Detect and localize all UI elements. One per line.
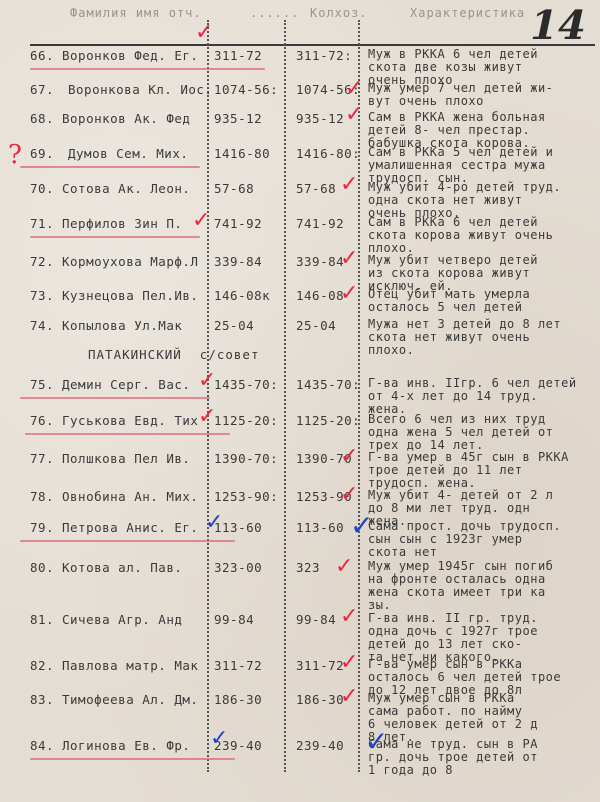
person-name: Перфилов Зин П. [62,216,182,231]
red-underline [20,166,200,168]
column-divider [207,20,209,772]
amount-1: 311-72 [214,658,262,673]
red-checkmark-icon: ✓ [195,22,213,44]
red-checkmark-icon: ✓ [340,174,358,196]
red-checkmark-icon: ✓ [340,686,358,708]
amount-2: 935-12 [296,111,344,126]
row-number: 79. [30,520,54,535]
person-name: Копылова Ул.Мак [62,318,182,333]
red-checkmark-icon: ✓ [198,406,216,428]
document-page: Фамилия имя отч. ...... Колхоз. Характер… [0,0,600,802]
amount-1: 57-68 [214,181,254,196]
red-underline [20,540,235,542]
amount-1: 311-72 [214,48,262,63]
header-col-kolkhoz: Колхоз. [310,6,368,20]
red-underline [30,68,265,70]
red-checkmark-icon: ✓ [345,78,363,100]
row-number: 77. [30,451,54,466]
row-number: 68. [30,111,54,126]
row-number: 83. [30,692,54,707]
header-col-name: Фамилия имя отч. [70,6,202,20]
row-number: 71. [30,216,54,231]
amount-2: 1125-20: [296,413,360,428]
characteristic: Мужа нет 3 детей до 8 лет скота нет живу… [368,318,593,357]
amount-2: 741-92 [296,216,344,231]
amount-2: 99-84 [296,612,336,627]
amount-2: 57-68 [296,181,336,196]
header-col-description: Характеристика [410,6,525,20]
row-number: 74. [30,318,54,333]
amount-1: 1390-70: [214,451,278,466]
red-checkmark-icon: ✓ [340,446,358,468]
red-underline [30,758,235,760]
characteristic: Г-ва инв. IIгр. 6 чел детей от 4-х лет д… [368,377,593,416]
person-name: Сичева Агр. Анд [62,612,182,627]
amount-1: 186-30 [214,692,262,707]
red-underline [20,397,210,399]
person-name: Тимофеева Ал. Дм. [62,692,198,707]
person-name: Кузнецова Пел.Ив. [62,288,198,303]
red-checkmark-icon: ✓ [340,283,358,305]
amount-2: 25-04 [296,318,336,333]
blue-checkmark-icon: ✓ [205,512,223,534]
amount-1: 935-12 [214,111,262,126]
row-number: 80. [30,560,54,575]
red-checkmark-icon: ✓ [335,556,353,578]
red-checkmark-icon: ✓ [340,248,358,270]
characteristic: Сам в РККа 6 чел детей скота корова живу… [368,216,593,255]
person-name: Демин Серг. Вас. [62,377,190,392]
amount-1: 323-00 [214,560,262,575]
blue-checkmark-icon: ✓ [210,728,228,750]
red-underline [30,236,200,238]
amount-2: 186-30 [296,692,344,707]
amount-1: 1253-90: [214,489,278,504]
header-col-amount: ...... [250,6,299,20]
amount-2: 323 [296,560,320,575]
row-number: 67. [30,82,54,97]
amount-1: 741-92 [214,216,262,231]
characteristic: Всего 6 чел из них труд одна жена 5 чел … [368,413,593,452]
red-checkmark-icon: ✓ [340,606,358,628]
characteristic: Муж умер 1945г сын погиб на фронте остал… [368,560,593,612]
row-number: 66. [30,48,54,63]
person-name: Петрова Анис. Ег. [62,520,198,535]
amount-1: 99-84 [214,612,254,627]
row-number: 72. [30,254,54,269]
amount-2: 1416-80: [296,146,360,161]
row-number: 69. [30,146,54,161]
person-name: Полшкова Пел Ив. [62,451,190,466]
amount-1: 1416-80 [214,146,270,161]
characteristic: Муж умер 7 чел детей жи- вут очень плохо [368,82,593,108]
row-number: 81. [30,612,54,627]
red-underline [25,433,230,435]
person-name: Овнобина Ан. Мих. [62,489,198,504]
amount-2: 113-60 [296,520,344,535]
amount-1: 339-84 [214,254,262,269]
characteristic: Сама не труд. сын в РА гр. дочь трое дет… [368,738,593,777]
amount-1: 146-08к [214,288,270,303]
person-name: Павлова матр. Мак [62,658,198,673]
section-suffix: с/совет [200,347,260,362]
amount-2: 239-40 [296,738,344,753]
row-number: 84. [30,738,54,753]
red-checkmark-icon: ✓ [340,652,358,674]
amount-2: 1435-70: [296,377,360,392]
red-checkmark-icon: ✓ [340,484,358,506]
row-number: 75. [30,377,54,392]
header-rule [30,44,595,46]
person-name: Воронкова Кл. Иос. [68,82,212,97]
amount-1: 1435-70: [214,377,278,392]
amount-1: 25-04 [214,318,254,333]
person-name: Гуськова Евд. Тих [62,413,198,428]
red-checkmark-icon: ✓ [345,104,363,126]
person-name: Думов Сем. Мих. [68,146,188,161]
row-number: 70. [30,181,54,196]
amount-1: 1125-20: [214,413,278,428]
row-number: 76. [30,413,54,428]
person-name: Логинова Ев. Фр. [62,738,190,753]
red-checkmark-icon: ✓ [192,210,210,232]
person-name: Котова ал. Пав. [62,560,182,575]
person-name: Кормоухова Марф.Л [62,254,198,269]
person-name: Воронков Ак. Фед [62,111,190,126]
row-number: 82. [30,658,54,673]
amount-2: 146-08 [296,288,344,303]
section-title: ПАТАКИНСКИЙс/совет [88,347,259,362]
characteristic: Г-ва умер в 45г сын в РККА трое детей до… [368,451,593,490]
amount-2: 339-84 [296,254,344,269]
blue-checkmark-icon: ✓ [365,728,388,756]
section-name: ПАТАКИНСКИЙ [88,347,182,362]
page-number: 14 [525,2,591,49]
red-checkmark-icon: ✓ [198,370,216,392]
characteristic: Отец убит мать умерла осталось 5 чел дет… [368,288,593,314]
person-name: Воронков Фед. Ег. [62,48,198,63]
row-number: 73. [30,288,54,303]
row-number: 78. [30,489,54,504]
column-divider [284,20,286,772]
amount-2: 311-72 [296,658,344,673]
blue-checkmark-icon: ✓ [350,512,373,540]
amount-1: 1074-56: [214,82,278,97]
person-name: Сотова Ак. Леон. [62,181,190,196]
amount-2: 311-72: [296,48,352,63]
characteristic: Сама прост. дочь трудосп. сын сын с 1923… [368,520,593,559]
